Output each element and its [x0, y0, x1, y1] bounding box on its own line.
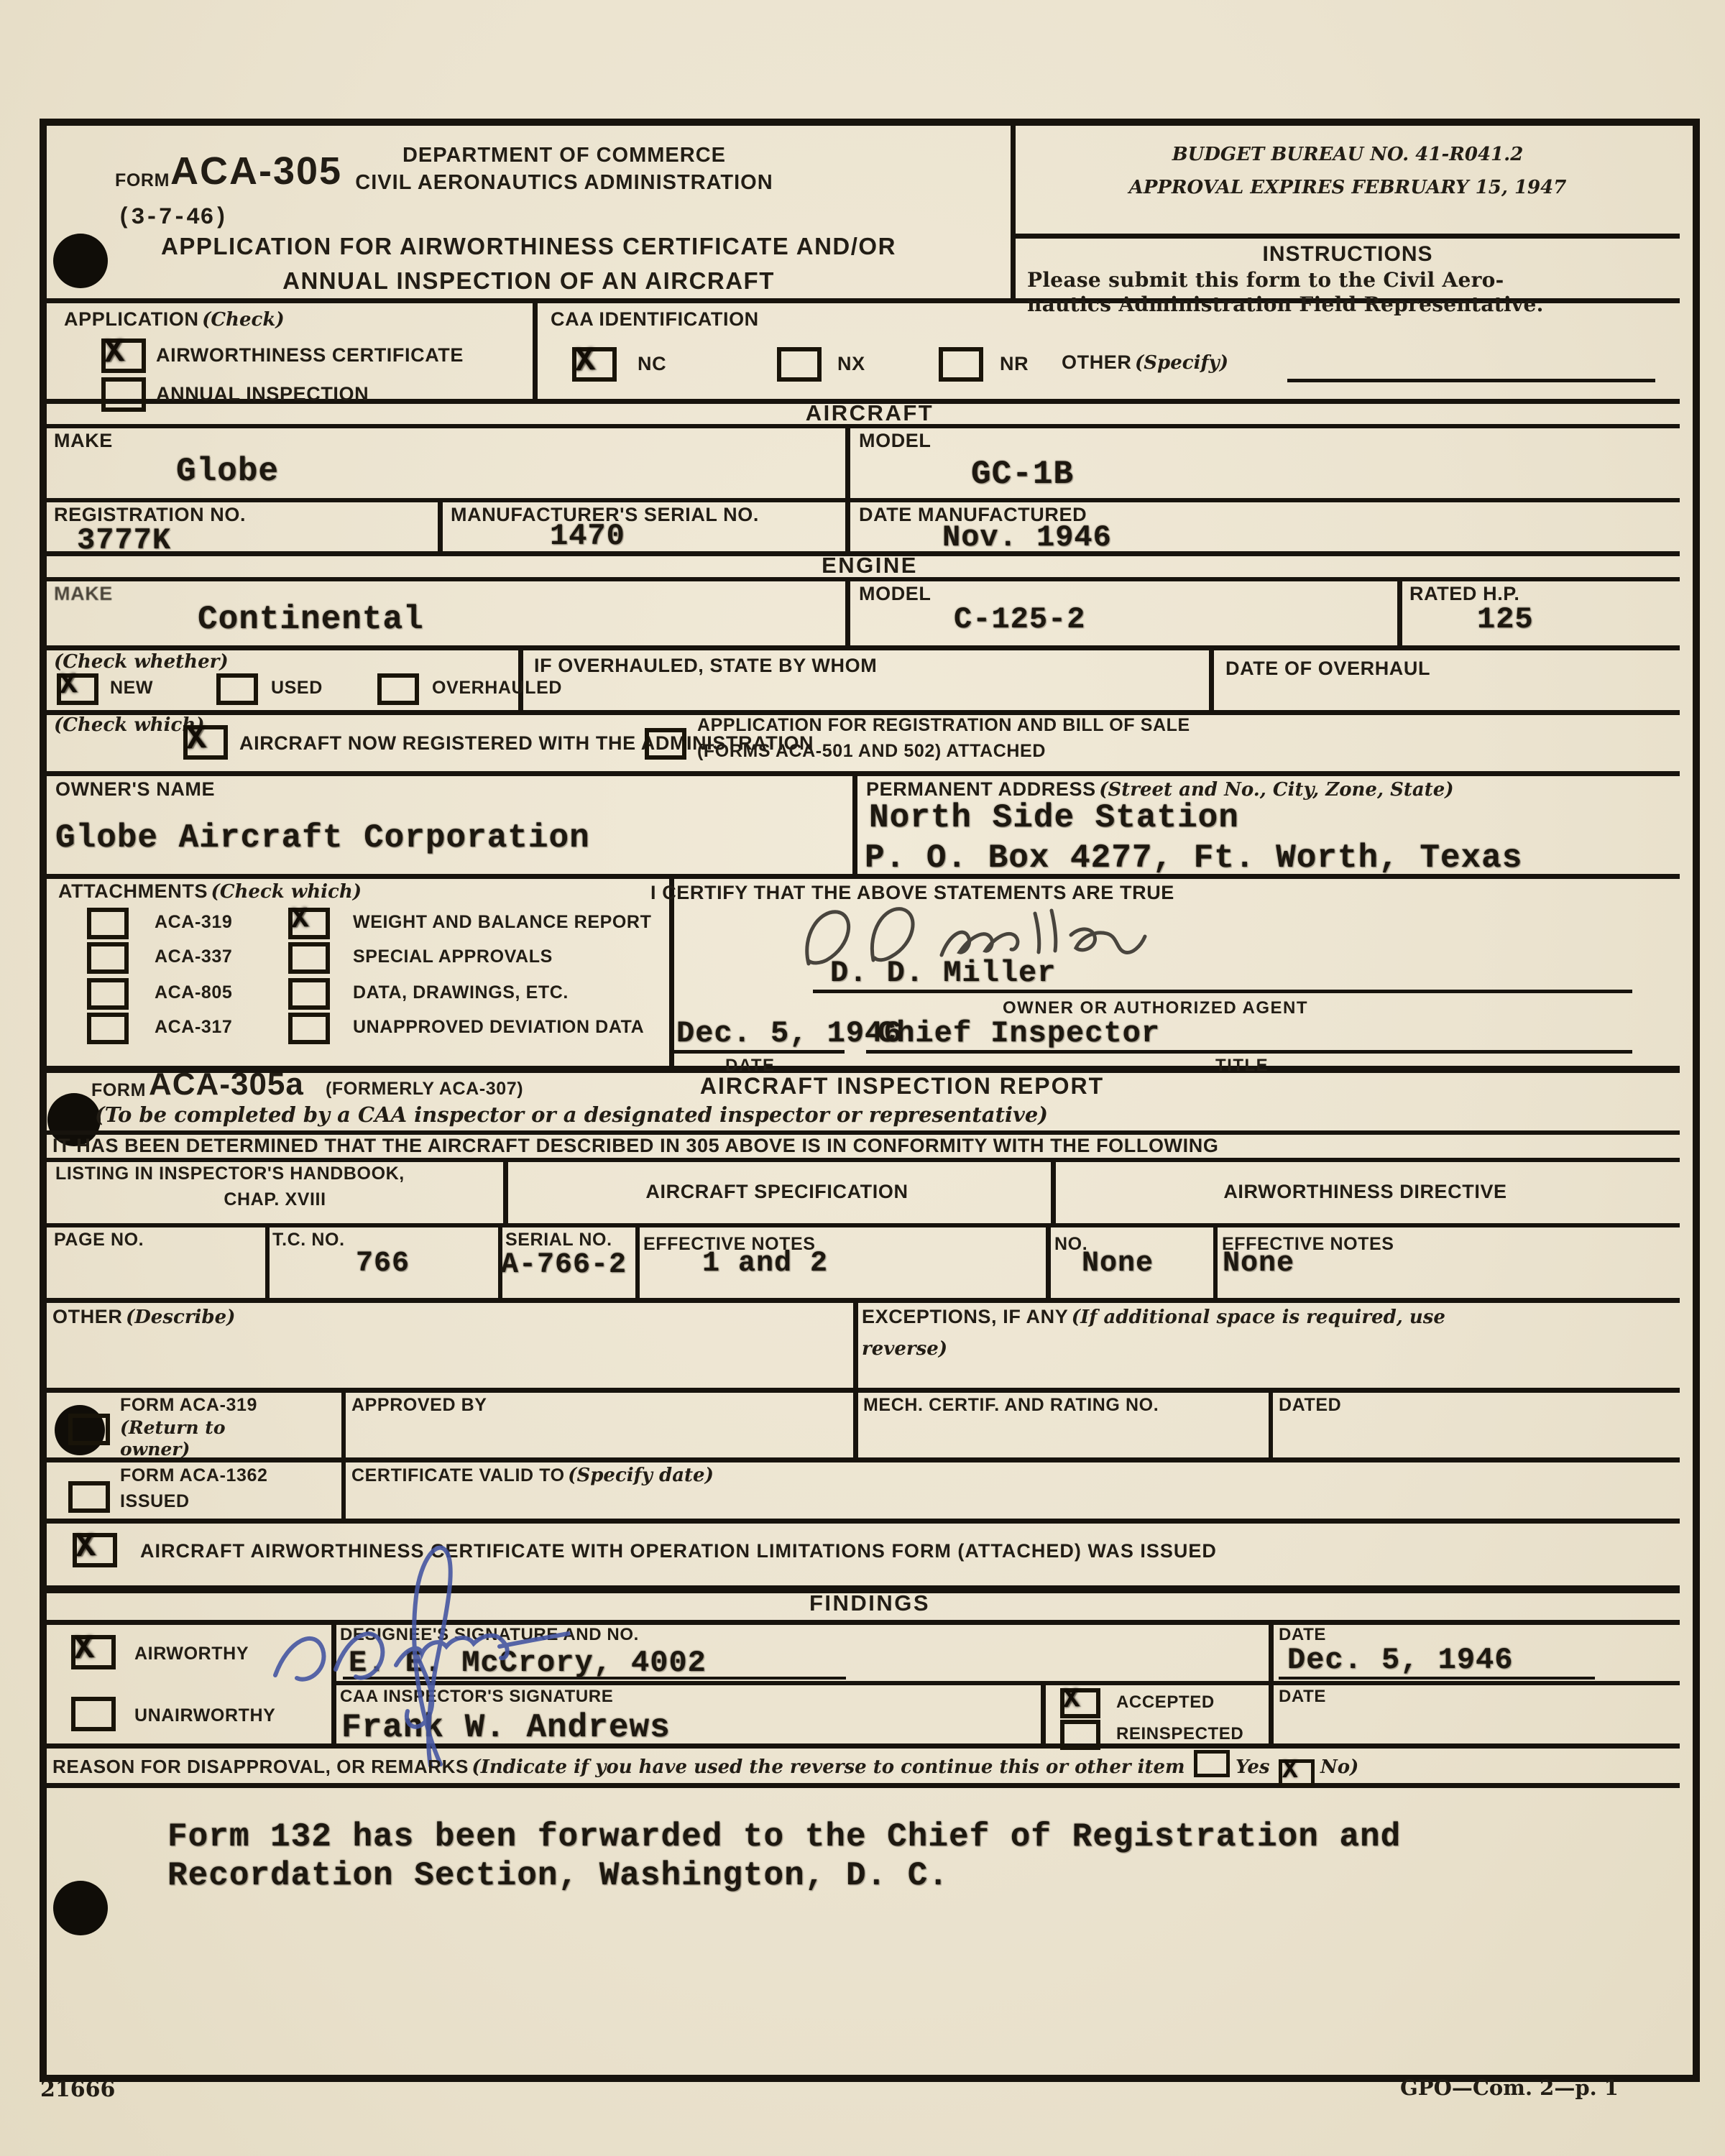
- print-control-number: 21666: [40, 2077, 115, 2103]
- divider: [438, 498, 443, 551]
- checkbox-mark: [291, 943, 326, 945]
- caa-identification-label: CAA IDENTIFICATION: [551, 308, 759, 331]
- certification-title-label: TITLE: [1215, 1056, 1269, 1076]
- engine-used-label: USED: [271, 678, 323, 699]
- remarks-row: REASON FOR DISAPPROVAL, OR REMARKS (Indi…: [52, 1750, 1358, 1787]
- engine-section-title: ENGINE: [47, 554, 1693, 576]
- owners-name-label: OWNER'S NAME: [55, 778, 215, 801]
- checkbox-mark: [219, 674, 254, 676]
- attachments-hint: (Check which): [211, 881, 362, 903]
- page-no-label: PAGE NO.: [54, 1230, 144, 1250]
- return-to-hint1: (Return to: [120, 1418, 226, 1439]
- spec-effective-notes-value: 1 and 2: [702, 1250, 828, 1279]
- checkbox-mark: [90, 979, 124, 981]
- form-title-line1: APPLICATION FOR AIRWORTHINESS CERTIFICAT…: [47, 232, 1011, 261]
- owner-signature-typed: D. D. Miller: [830, 958, 1056, 988]
- findings-date-line[interactable]: [1279, 1677, 1595, 1680]
- application-label: APPLICATION: [64, 308, 199, 330]
- reinspected-label: REINSPECTED: [1116, 1724, 1243, 1744]
- tc-no-value: 766: [356, 1250, 410, 1279]
- serial-no-value: A-766-2: [501, 1251, 627, 1280]
- form-aca-305: FORM ACA-305 (3-7-46) DEPARTMENT OF COMM…: [40, 119, 1700, 2082]
- nc-label: NC: [638, 353, 666, 375]
- divider: [47, 1388, 1680, 1393]
- listing-header-line1: LISTING IN INSPECTOR'S HANDBOOK,: [55, 1164, 405, 1184]
- checkbox-mark: [71, 1414, 106, 1416]
- unapproved-deviation-label: UNAPPROVED DEVIATION DATA: [353, 1017, 644, 1038]
- aca-317-checkbox[interactable]: [87, 1013, 129, 1044]
- certification-date-line[interactable]: [672, 1050, 845, 1054]
- remarks-body-line2: Recordation Section, Washington, D. C.: [167, 1859, 949, 1892]
- findings-date2-label: DATE: [1279, 1687, 1326, 1707]
- remarks-no-label: No): [1320, 1756, 1358, 1778]
- aca-337-checkbox[interactable]: [87, 942, 129, 974]
- checkbox-mark: [90, 908, 124, 911]
- aca-337-label: ACA-337: [155, 946, 232, 967]
- other-specify-hint: (Specify): [1135, 352, 1228, 374]
- certification-title-value: Chief Inspector: [878, 1018, 1160, 1049]
- administration-line: CIVIL AERONAUTICS ADMINISTRATION: [255, 170, 873, 195]
- gpo-imprint: GPO—Com. 2—p. 1: [1400, 2076, 1619, 2101]
- divider: [853, 1388, 858, 1457]
- rated-hp-value: 125: [1477, 604, 1534, 635]
- engine-new-label: NEW: [110, 678, 153, 699]
- aircraft-section-title: AIRCRAFT: [47, 402, 1693, 424]
- address-line2-value: P. O. Box 4277, Ft. Worth, Texas: [865, 842, 1522, 875]
- divider: [47, 498, 1680, 502]
- remarks-body-line1: Form 132 has been forwarded to the Chief…: [167, 1820, 1401, 1853]
- aca-805-label: ACA-805: [155, 982, 232, 1003]
- divider: [852, 771, 857, 874]
- divider: [1209, 645, 1214, 710]
- exceptions-hint2: reverse): [862, 1339, 947, 1360]
- nr-checkbox[interactable]: [939, 347, 983, 382]
- permanent-address-hint: (Street and No., City, Zone, State): [1099, 779, 1453, 801]
- divider: [1011, 126, 1016, 298]
- mech-certif-label: MECH. CERTIF. AND RATING NO.: [863, 1395, 1159, 1416]
- unairworthy-label: UNAIRWORTHY: [134, 1705, 275, 1726]
- aircraft-make-value: Globe: [176, 455, 279, 488]
- manufacturers-serial-value: 1470: [550, 521, 625, 551]
- other-describe-label: OTHER (Describe): [52, 1306, 235, 1329]
- approved-by-label: APPROVED BY: [351, 1395, 487, 1416]
- listing-header-line2: CHAP. XVIII: [47, 1189, 503, 1210]
- determination-statement: IT HAS BEEN DETERMINED THAT THE AIRCRAFT…: [52, 1135, 1218, 1157]
- divider: [47, 1519, 1680, 1524]
- divider: [1041, 1681, 1046, 1743]
- data-drawings-checkbox[interactable]: [288, 978, 330, 1010]
- form-aca-319-checkbox[interactable]: [68, 1414, 110, 1445]
- divider: [1269, 1388, 1273, 1457]
- checkbox-mark: [291, 1013, 326, 1015]
- airworthiness-certificate-checkbox[interactable]: X: [101, 338, 146, 373]
- special-approvals-label: SPECIAL APPROVALS: [353, 946, 553, 967]
- special-approvals-checkbox[interactable]: [288, 942, 330, 974]
- engine-model-label: MODEL: [859, 583, 931, 605]
- nx-checkbox[interactable]: [777, 347, 822, 382]
- airworthy-label: AIRWORTHY: [134, 1644, 249, 1664]
- divider: [1046, 1223, 1051, 1298]
- attachments-label-row: ATTACHMENTS (Check which): [58, 880, 362, 903]
- findings-date-value: Dec. 5, 1946: [1287, 1645, 1513, 1675]
- divider: [533, 298, 538, 399]
- address-line1-value: North Side Station: [869, 801, 1239, 834]
- exceptions-hint1: (If additional space is required, use: [1072, 1307, 1445, 1328]
- checkbox-mark: [780, 348, 817, 350]
- findings-date-label: DATE: [1279, 1625, 1326, 1645]
- aca-805-checkbox[interactable]: [87, 978, 129, 1010]
- instructions-body-line2: nautics Administration Field Representat…: [1027, 291, 1544, 318]
- checkbox-mark: X: [59, 674, 95, 697]
- checkbox-mark: [1063, 1720, 1096, 1722]
- engine-make-label: MAKE: [54, 583, 113, 605]
- checkbox-mark: X: [1062, 1689, 1096, 1711]
- airworthiness-directive-header: AIRWORTHINESS DIRECTIVE: [1051, 1181, 1680, 1203]
- aca-319-checkbox[interactable]: [87, 908, 129, 939]
- specify-date-hint: (Specify date): [568, 1465, 714, 1486]
- form-revision-date: (3-7-46): [117, 206, 228, 229]
- owner-agent-label: OWNER OR AUTHORIZED AGENT: [1003, 998, 1308, 1018]
- divider: [1213, 1223, 1218, 1298]
- exceptions-label: EXCEPTIONS, IF ANY: [862, 1306, 1068, 1327]
- check-which-hint: (Check which): [54, 715, 205, 737]
- remarks-no-checkbox[interactable]: X: [1279, 1759, 1315, 1787]
- checkbox-mark: X: [290, 908, 326, 931]
- instructions-body-line1: Please submit this form to the Civil Aer…: [1027, 267, 1504, 294]
- other-specify: OTHER (Specify): [1062, 351, 1228, 374]
- permanent-address-label: PERMANENT ADDRESS: [866, 778, 1096, 800]
- overhauled-by-whom-label: IF OVERHAULED, STATE BY WHOM: [534, 655, 877, 677]
- engine-used-checkbox[interactable]: [216, 673, 258, 705]
- application-section-label: APPLICATION (Check): [64, 308, 285, 331]
- divider: [265, 1223, 270, 1298]
- other-label: OTHER: [52, 1306, 123, 1327]
- permanent-address-label-row: PERMANENT ADDRESS (Street and No., City,…: [866, 778, 1454, 801]
- remarks-label: REASON FOR DISAPPROVAL, OR REMARKS: [52, 1756, 469, 1777]
- serial-no-label: SERIAL NO.: [505, 1230, 612, 1250]
- checkbox-mark: [90, 1013, 124, 1015]
- divider: [341, 1457, 346, 1519]
- checkbox-mark: [71, 1482, 106, 1484]
- checkbox-mark: X: [75, 1534, 114, 1560]
- divider: [635, 1223, 640, 1298]
- return-to-hint2: owner): [120, 1439, 190, 1460]
- form-number-prefix: FORM: [115, 170, 170, 191]
- divider: [47, 1158, 1680, 1162]
- engine-model-value: C-125-2: [954, 604, 1085, 635]
- designee-signature-ink: [255, 1527, 586, 1772]
- other-specify-field[interactable]: [1287, 379, 1655, 382]
- divider: [47, 1223, 1680, 1227]
- dated-label: DATED: [1279, 1395, 1341, 1416]
- accepted-checkbox[interactable]: X: [1060, 1688, 1100, 1718]
- aircraft-model-label: MODEL: [859, 430, 931, 452]
- certification-date-value: Dec. 5, 1946: [676, 1018, 902, 1049]
- checkbox-mark: X: [574, 348, 613, 374]
- checkbox-mark: [380, 674, 415, 676]
- airworthiness-certificate-label: AIRWORTHINESS CERTIFICATE: [156, 344, 464, 367]
- application-check-hint: (Check): [202, 309, 285, 331]
- registration-attached-line2: (FORMS ACA-501 AND 502) ATTACHED: [697, 741, 1046, 762]
- directive-no-value: None: [1082, 1250, 1154, 1279]
- instructions-title: INSTRUCTIONS: [1016, 244, 1680, 265]
- certificate-valid-to-label: CERTIFICATE VALID TO: [351, 1465, 565, 1485]
- checkbox-mark: [74, 1697, 111, 1700]
- certification-title-line[interactable]: [866, 1050, 1632, 1054]
- 305a-form-prefix: FORM: [91, 1080, 146, 1101]
- divider: [47, 645, 1680, 650]
- engine-new-checkbox[interactable]: X: [57, 673, 98, 705]
- engine-make-value: Continental: [198, 603, 424, 636]
- date-of-overhaul-label: DATE OF OVERHAUL: [1225, 658, 1430, 680]
- remarks-yes-label: Yes: [1236, 1756, 1269, 1778]
- aircraft-specification-header: AIRCRAFT SPECIFICATION: [503, 1181, 1051, 1203]
- issued-label: ISSUED: [120, 1491, 190, 1512]
- owners-name-value: Globe Aircraft Corporation: [55, 821, 590, 854]
- nc-checkbox[interactable]: X: [572, 347, 617, 382]
- exceptions-label-row: EXCEPTIONS, IF ANY (If additional space …: [862, 1306, 1445, 1329]
- divider: [1011, 234, 1680, 239]
- registration-attached-checkbox[interactable]: [645, 728, 686, 760]
- nr-label: NR: [1000, 353, 1029, 375]
- remarks-hint: (Indicate if you have used the reverse t…: [471, 1756, 1184, 1778]
- unairworthy-checkbox[interactable]: [71, 1697, 116, 1731]
- certificate-valid-to-row: CERTIFICATE VALID TO (Specify date): [351, 1465, 714, 1487]
- divider: [341, 1388, 346, 1457]
- department-line: DEPARTMENT OF COMMERCE: [255, 143, 873, 168]
- checkbox-mark: [90, 943, 124, 945]
- engine-overhauled-label: OVERHAULED: [432, 678, 562, 699]
- airworthiness-cert-issued-checkbox[interactable]: X: [73, 1533, 117, 1567]
- checkbox-mark: [104, 378, 142, 380]
- owner-signature-line[interactable]: [813, 990, 1632, 993]
- registration-attached-line1: APPLICATION FOR REGISTRATION AND BILL OF…: [697, 715, 1190, 736]
- checkbox-mark: [942, 348, 979, 350]
- checkbox-mark: X: [103, 339, 142, 366]
- registration-no-value: 3777K: [77, 525, 171, 556]
- divider: [845, 577, 850, 645]
- checkbox-mark: X: [185, 726, 224, 752]
- inspection-report-title: AIRCRAFT INSPECTION REPORT: [507, 1074, 1297, 1097]
- divider: [1397, 577, 1402, 645]
- other-describe-hint: (Describe): [126, 1307, 235, 1328]
- aircraft-model-value: GC-1B: [971, 458, 1074, 491]
- 305a-formerly: (FORMERLY ACA-307): [326, 1079, 523, 1100]
- divider: [47, 1457, 1680, 1462]
- remarks-yes-checkbox[interactable]: [1194, 1750, 1230, 1777]
- weight-balance-checkbox[interactable]: X: [288, 908, 330, 939]
- attachments-label: ATTACHMENTS: [58, 880, 208, 902]
- airworthy-checkbox[interactable]: X: [71, 1635, 116, 1669]
- reinspected-checkbox[interactable]: [1060, 1720, 1100, 1750]
- weight-balance-label: WEIGHT AND BALANCE REPORT: [353, 912, 651, 933]
- budget-bureau-no: BUDGET BUREAU NO. 41-R041.2: [1016, 144, 1680, 166]
- date-manufactured-value: Nov. 1946: [942, 522, 1112, 553]
- checkbox-mark: X: [73, 1636, 112, 1662]
- form-aca-1362-checkbox[interactable]: [68, 1481, 110, 1513]
- checkbox-mark: X: [1282, 1761, 1311, 1779]
- divider: [47, 771, 1680, 776]
- aca-319-label: ACA-319: [155, 912, 232, 933]
- form-aca-319-label: FORM ACA-319: [120, 1395, 257, 1416]
- 305a-form-number: ACA-305a: [149, 1069, 304, 1100]
- checkbox-mark: [648, 729, 682, 731]
- aircraft-make-label: MAKE: [54, 430, 113, 452]
- checkbox-mark: [291, 979, 326, 981]
- divider: [845, 424, 850, 551]
- tc-no-label: T.C. NO.: [272, 1230, 345, 1250]
- check-whether-hint: (Check whether): [54, 652, 229, 673]
- engine-overhauled-checkbox[interactable]: [377, 673, 419, 705]
- inspection-report-subtitle: (To be completed by a CAA inspector or a…: [47, 1103, 1096, 1127]
- aca-317-label: ACA-317: [155, 1017, 232, 1038]
- directive-effective-notes-value: None: [1223, 1250, 1294, 1279]
- unapproved-deviation-checkbox[interactable]: [288, 1013, 330, 1044]
- data-drawings-label: DATA, DRAWINGS, ETC.: [353, 982, 569, 1003]
- form-title-line2: ANNUAL INSPECTION OF AN AIRCRAFT: [47, 267, 1011, 295]
- divider: [47, 710, 1680, 715]
- aircraft-registered-checkbox[interactable]: X: [183, 725, 228, 760]
- divider: [47, 1298, 1680, 1303]
- other-label: OTHER: [1062, 351, 1132, 373]
- nx-label: NX: [837, 353, 865, 375]
- scanned-form-page: FORM ACA-305 (3-7-46) DEPARTMENT OF COMM…: [0, 0, 1725, 2156]
- divider: [853, 1298, 858, 1388]
- approval-expires: APPROVAL EXPIRES FEBRUARY 15, 1947: [1016, 178, 1680, 199]
- accepted-label: ACCEPTED: [1116, 1692, 1215, 1713]
- form-aca-1362-label: FORM ACA-1362: [120, 1465, 268, 1486]
